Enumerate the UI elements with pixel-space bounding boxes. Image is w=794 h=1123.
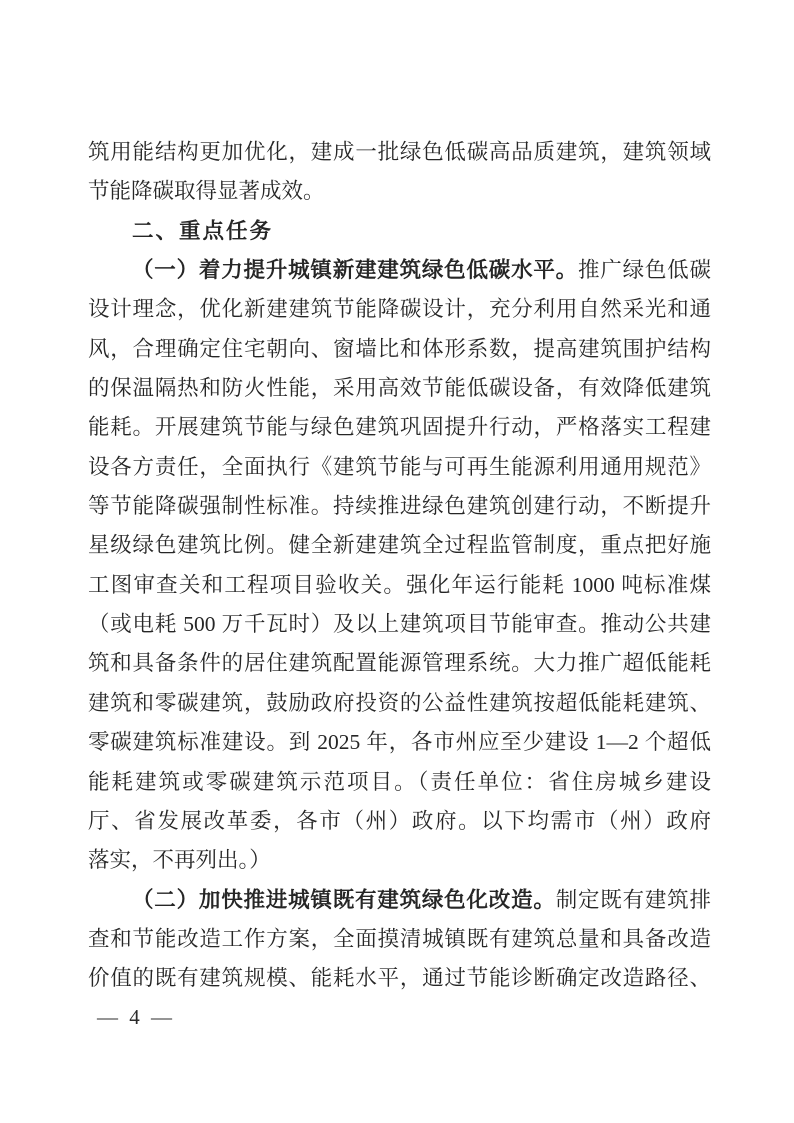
text-line: 的保温隔热和防火性能，采用高效节能低碳设备，有效降低建筑: [88, 369, 711, 408]
text-line: 落实，不再列出。）: [88, 841, 711, 880]
text-segment: （或电耗 500 万千瓦时）及以上建筑项目节能审查。推动公共建: [88, 612, 711, 636]
text-line: 建筑和零碳建筑，鼓励政府投资的公益性建筑按超低能耗建筑、: [88, 684, 711, 723]
document-body: 筑用能结构更加优化，建成一批绿色低碳高品质建筑，建筑领域节能降碳取得显著成效。二…: [88, 133, 711, 999]
text-line: （或电耗 500 万千瓦时）及以上建筑项目节能审查。推动公共建: [88, 605, 711, 644]
text-segment: 星级绿色建筑比例。健全新建建筑全过程监管制度，重点把好施: [88, 533, 711, 557]
text-segment: 建筑和零碳建筑，鼓励政府投资的公益性建筑按超低能耗建筑、: [88, 691, 711, 715]
text-segment: 筑用能结构更加优化，建成一批绿色低碳高品质建筑，建筑领域: [88, 140, 711, 164]
text-line: 查和节能改造工作方案，全面摸清城镇既有建筑总量和具备改造: [88, 920, 711, 959]
text-segment: 等节能降碳强制性标准。持续推进绿色建筑创建行动，不断提升: [88, 494, 711, 518]
text-segment: 制定既有建筑排: [556, 888, 711, 912]
text-line: 筑和具备条件的居住建筑配置能源管理系统。大力推广超低能耗: [88, 644, 711, 683]
text-line: 工图审查关和工程项目验收关。强化年运行能耗 1000 吨标准煤: [88, 566, 711, 605]
text-line: 筑用能结构更加优化，建成一批绿色低碳高品质建筑，建筑领域: [88, 133, 711, 172]
text-line: （一）着力提升城镇新建建筑绿色低碳水平。推广绿色低碳: [88, 251, 711, 290]
page-number: — 4 —: [97, 1003, 175, 1031]
text-segment: 设计理念，优化新建建筑节能降碳设计，充分利用自然采光和通: [88, 297, 711, 321]
text-segment: 节能降碳取得显著成效。: [88, 179, 325, 203]
text-segment: （一）着力提升城镇新建建筑绿色低碳水平。: [132, 258, 578, 282]
text-segment: 零碳建筑标准建设。到 2025 年，各市州应至少建设 1—2 个超低: [88, 730, 711, 754]
text-line: 星级绿色建筑比例。健全新建建筑全过程监管制度，重点把好施: [88, 526, 711, 565]
text-segment: 落实，不再列出。）: [88, 848, 271, 872]
text-line: 风，合理确定住宅朝向、窗墙比和体形系数，提高建筑围护结构: [88, 330, 711, 369]
text-segment: 的保温隔热和防火性能，采用高效节能低碳设备，有效降低建筑: [88, 376, 711, 400]
text-line: 零碳建筑标准建设。到 2025 年，各市州应至少建设 1—2 个超低: [88, 723, 711, 762]
text-line: 设各方责任，全面执行《建筑节能与可再生能源利用通用规范》: [88, 448, 711, 487]
text-segment: 二、重点任务: [132, 219, 273, 243]
text-segment: 查和节能改造工作方案，全面摸清城镇既有建筑总量和具备改造: [88, 927, 711, 951]
text-segment: 厅、省发展改革委，各市（州）政府。以下均需市（州）政府: [88, 809, 711, 833]
text-segment: 设各方责任，全面执行《建筑节能与可再生能源利用通用规范》: [88, 455, 711, 479]
text-line: 节能降碳取得显著成效。: [88, 172, 711, 211]
text-line: 设计理念，优化新建建筑节能降碳设计，充分利用自然采光和通: [88, 290, 711, 329]
text-line: 二、重点任务: [88, 212, 711, 251]
text-line: 等节能降碳强制性标准。持续推进绿色建筑创建行动，不断提升: [88, 487, 711, 526]
text-line: （二）加快推进城镇既有建筑绿色化改造。制定既有建筑排: [88, 881, 711, 920]
text-segment: 能耗。开展建筑节能与绿色建筑巩固提升行动，严格落实工程建: [88, 415, 711, 439]
text-segment: （责任单位：省住房城乡建设: [418, 770, 711, 794]
text-segment: 工图审查关和工程项目验收关。强化年运行能耗 1000 吨标准煤: [88, 573, 711, 597]
text-segment: 能耗建筑或零碳建筑示范项目。: [88, 770, 418, 794]
document-page: 筑用能结构更加优化，建成一批绿色低碳高品质建筑，建筑领域节能降碳取得显著成效。二…: [0, 0, 794, 1123]
text-line: 厅、省发展改革委，各市（州）政府。以下均需市（州）政府: [88, 802, 711, 841]
text-segment: 价值的既有建筑规模、能耗水平，通过节能诊断确定改造路径、: [88, 966, 711, 990]
text-segment: 推广绿色低碳: [578, 258, 711, 282]
text-segment: 筑和具备条件的居住建筑配置能源管理系统。大力推广超低能耗: [88, 651, 711, 675]
text-segment: 风，合理确定住宅朝向、窗墙比和体形系数，提高建筑围护结构: [88, 337, 711, 361]
text-line: 能耗。开展建筑节能与绿色建筑巩固提升行动，严格落实工程建: [88, 408, 711, 447]
text-line: 能耗建筑或零碳建筑示范项目。（责任单位：省住房城乡建设: [88, 763, 711, 802]
text-line: 价值的既有建筑规模、能耗水平，通过节能诊断确定改造路径、: [88, 959, 711, 998]
text-segment: （二）加快推进城镇既有建筑绿色化改造。: [132, 888, 556, 912]
